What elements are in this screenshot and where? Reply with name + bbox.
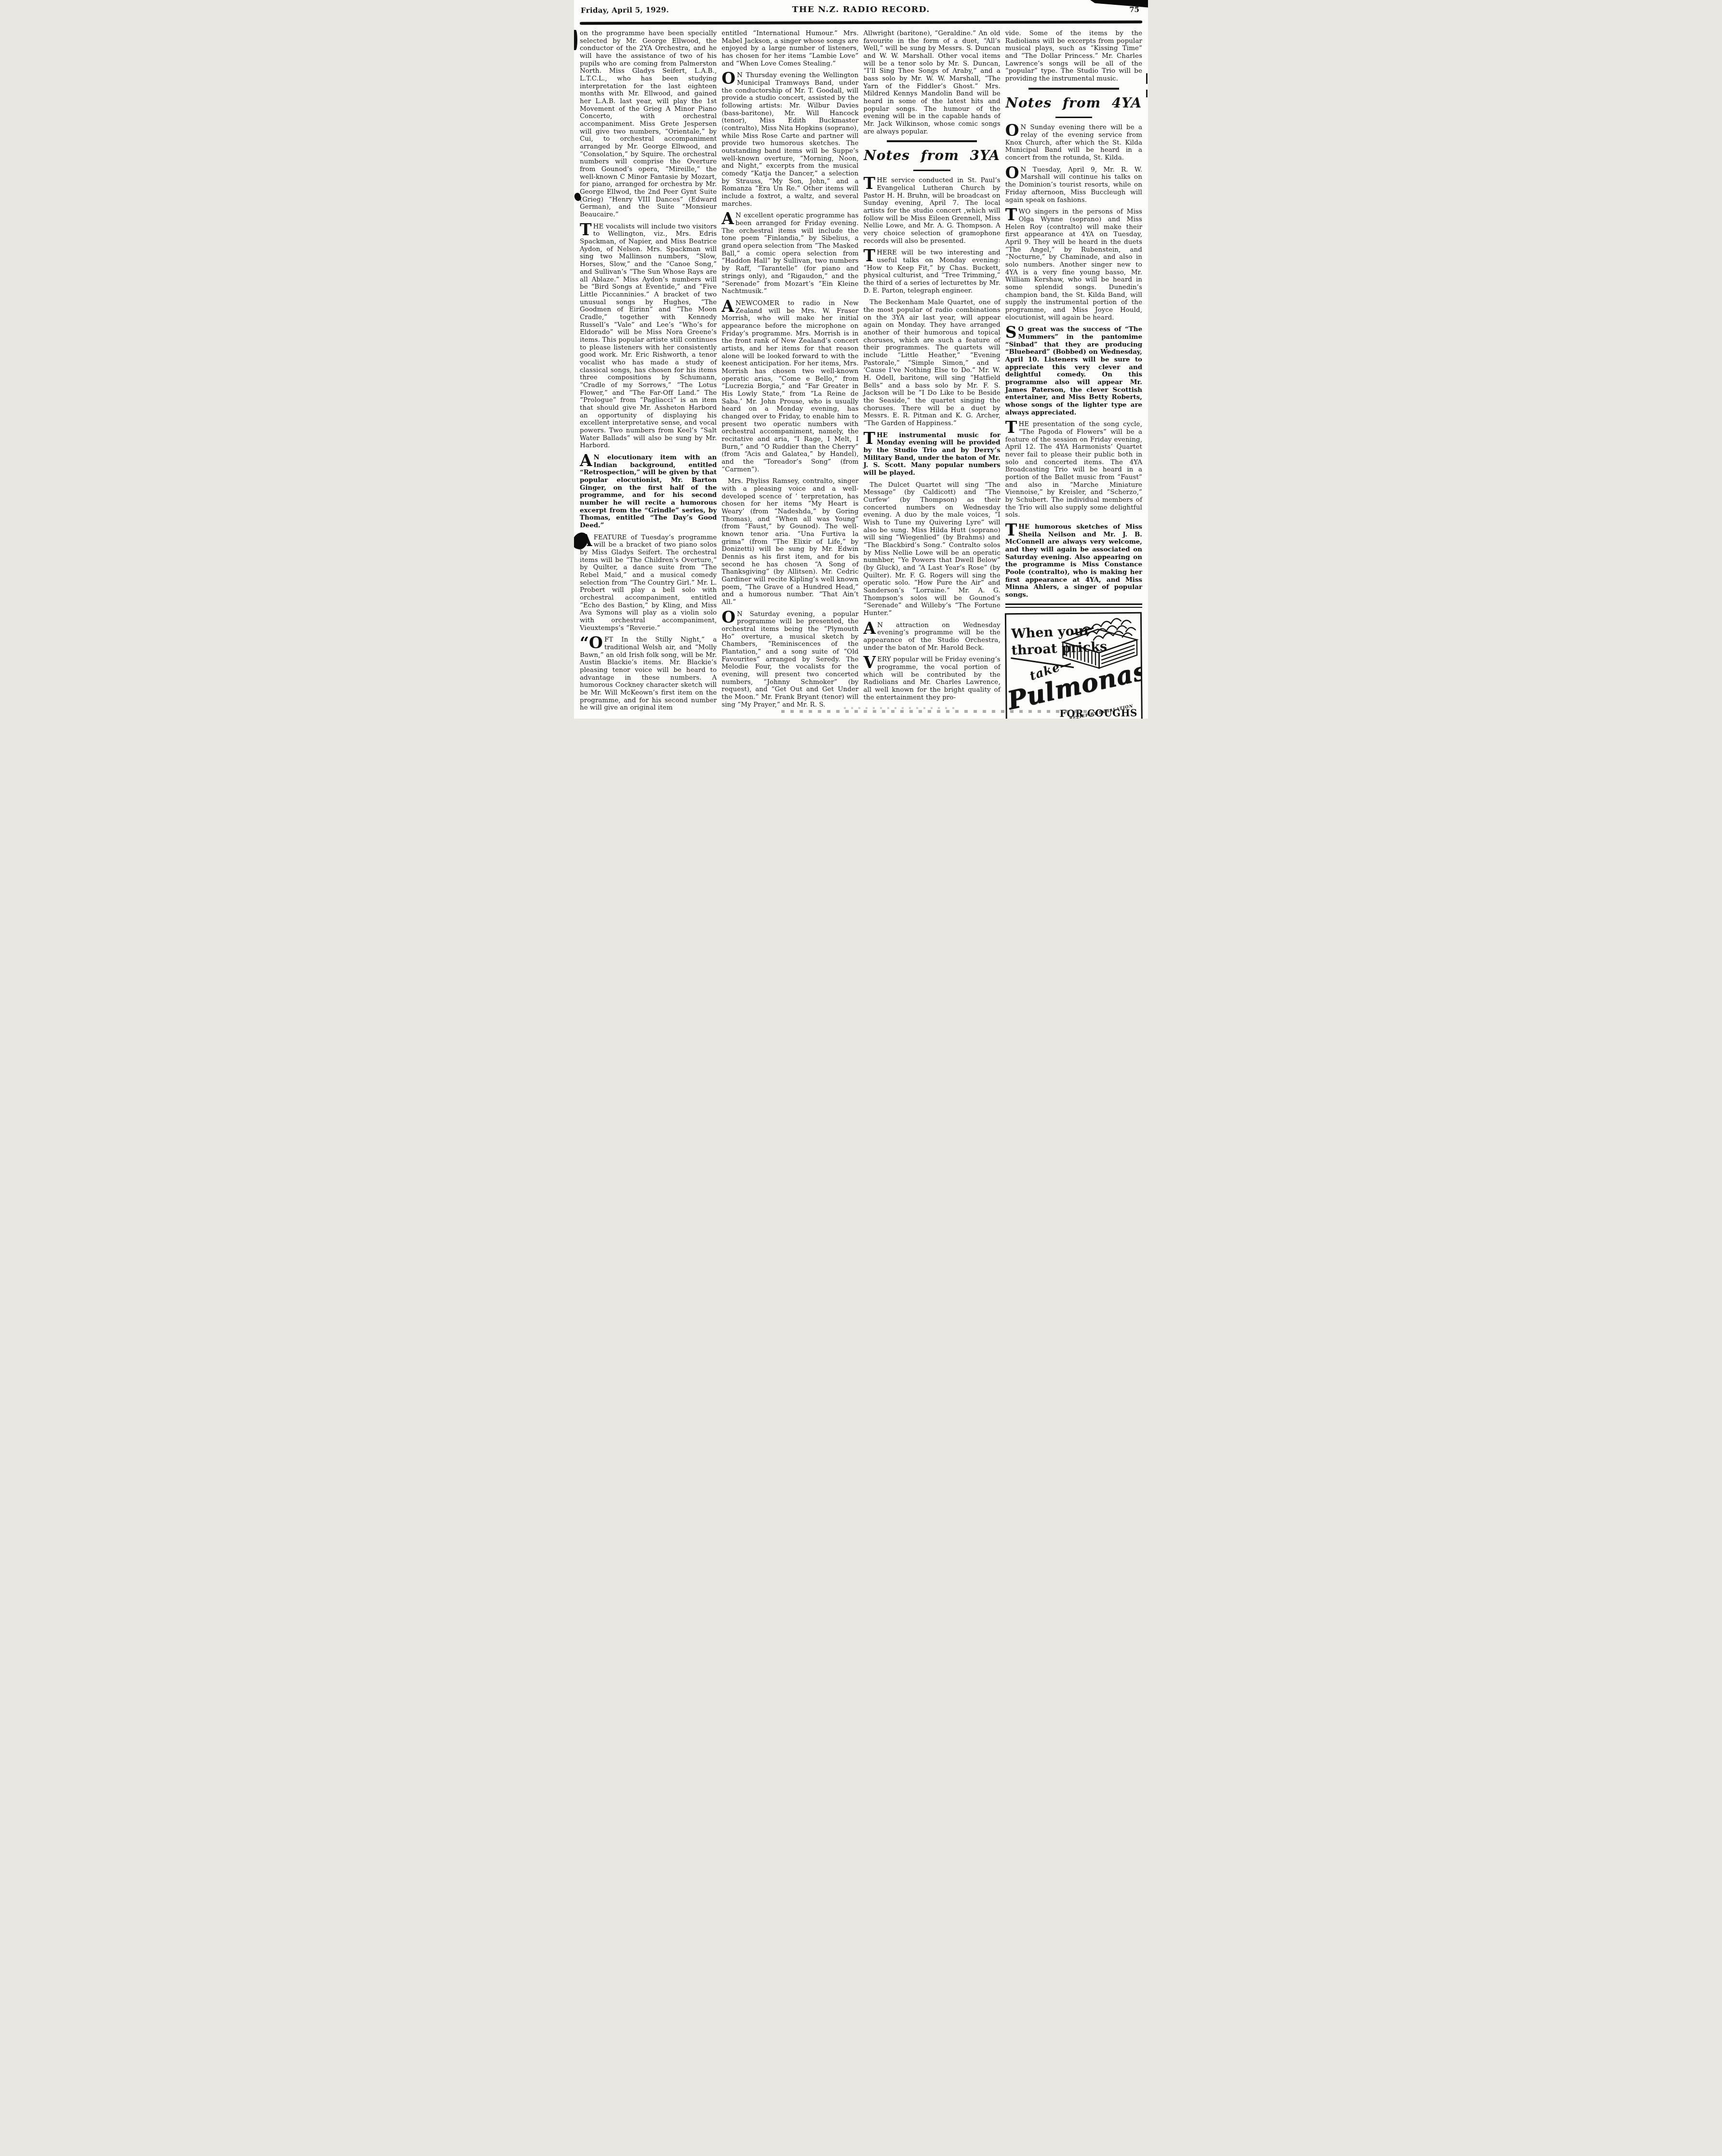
article-paragraph: THE vocalists will include two visitors … — [580, 223, 717, 450]
article-paragraph: TWO singers in the persons of Miss Olga … — [1005, 208, 1142, 321]
paragraph-text: N Thursday evening the Wellington Munici… — [721, 72, 858, 207]
heading-rule-top — [887, 140, 977, 142]
paragraph-text: N attraction on Wednesday evening’s prog… — [864, 622, 1001, 652]
section-heading-text: Notes from 4YA — [1005, 95, 1142, 111]
article-paragraph: VERY popular will be Friday evening’s pr… — [864, 656, 1001, 701]
heading-rule-top — [1028, 88, 1119, 90]
heading-rule-bottom — [1055, 117, 1093, 118]
column-1: on the programme have been specially sel… — [580, 30, 717, 716]
paragraph-text: HERE will be two interesting and useful … — [864, 249, 1001, 294]
drop-cap: A — [580, 454, 594, 467]
article-paragraph: Allwright (baritone), “Geraldine.” An ol… — [864, 30, 1001, 135]
article-paragraph: Mrs. Phyliss Ramsey, contralto, singer w… — [721, 478, 858, 606]
section-heading: Notes from 4YA — [1005, 88, 1142, 119]
article-paragraph: AN excellent operatic programme has been… — [721, 212, 858, 295]
paragraph-text: N Sunday evening there will be a relay o… — [1005, 124, 1142, 161]
article-paragraph: AN elocutionary item with an Indian back… — [580, 454, 717, 530]
article-paragraph: ON Thursday evening the Wellington Munic… — [721, 72, 858, 208]
paragraph-text: HE vocalists will include two visitors t… — [580, 223, 717, 449]
drop-cap: A — [580, 534, 594, 547]
paragraph-text: ERY popular will be Friday evening’s pro… — [864, 656, 1001, 701]
scan-tick-right-1 — [1146, 73, 1148, 84]
article-paragraph: THE instrumental music for Monday evenin… — [864, 432, 1001, 477]
article-paragraph: A FEATURE of Tuesday’s programme will be… — [580, 534, 717, 632]
section-heading: Notes from 3YA — [864, 140, 1001, 171]
paragraph-text: O great was the success of “The Mummers”… — [1005, 325, 1142, 416]
article-paragraph: ON Saturday evening, a popular programme… — [721, 611, 858, 709]
paragraph-text: NEWCOMER to radio in New Zealand will be… — [721, 300, 858, 473]
masthead-title: THE N.Z. RADIO RECORD. — [792, 5, 930, 14]
article-paragraph: SO great was the success of “The Mummers… — [1005, 326, 1142, 416]
drop-cap: A — [721, 212, 735, 225]
article-paragraph: entitled “International Humour.” Mrs. Ma… — [721, 30, 858, 67]
drop-cap: O — [1005, 124, 1021, 136]
drop-cap: T — [1005, 421, 1019, 433]
scan-mark-left-1 — [574, 30, 577, 50]
article-paragraph: A NEWCOMER to radio in New Zealand will … — [721, 300, 858, 473]
article-paragraph: “OFT In the Stilly Night,” a traditional… — [580, 636, 717, 712]
paragraph-text: HE instrumental music for Monday evening… — [864, 431, 1001, 477]
paragraph-text: N Saturday evening, a popular programme … — [721, 611, 858, 709]
drop-cap: S — [1005, 326, 1018, 338]
paragraph-text: FEATURE of Tuesday’s programme will be a… — [580, 534, 717, 632]
column-4: vide. Some of the items by the Radiolian… — [1005, 30, 1142, 719]
article-paragraph: AN attraction on Wednesday evening’s pro… — [864, 622, 1001, 652]
section-heading-text: Notes from 3YA — [864, 148, 1001, 164]
paragraph-text: N Tuesday, April 9, Mr. R. W. Marshall w… — [1005, 166, 1142, 204]
drop-cap: O — [721, 72, 737, 84]
article-paragraph: THERE will be two interesting and useful… — [864, 249, 1001, 295]
drop-cap: T — [864, 432, 877, 444]
drop-cap: O — [721, 611, 737, 623]
scan-tick-right-2 — [1146, 90, 1148, 97]
newspaper-page: Friday, April 5, 1929. THE N.Z. RADIO RE… — [574, 0, 1148, 719]
paragraph-text: HE presentation of the song cycle, “The … — [1005, 421, 1142, 519]
drop-cap: T — [864, 177, 877, 189]
drop-cap: V — [864, 656, 878, 669]
article-paragraph: vide. Some of the items by the Radiolian… — [1005, 30, 1142, 83]
drop-cap: T — [1005, 208, 1019, 221]
page-header: Friday, April 5, 1929. THE N.Z. RADIO RE… — [580, 5, 1142, 17]
paragraph-text: HE humorous sketches of Miss Sheila Neil… — [1005, 523, 1142, 599]
drop-cap: T — [1005, 523, 1019, 536]
paragraph-text: WO singers in the persons of Miss Olga W… — [1005, 208, 1142, 321]
drop-cap: T — [864, 249, 877, 262]
drop-cap: T — [580, 223, 593, 236]
scan-speckle-bottom-1 — [781, 710, 1090, 713]
scan-speckle-bottom-2 — [844, 707, 960, 709]
column-2: entitled “International Humour.” Mrs. Ma… — [721, 30, 858, 713]
drop-cap: A — [721, 300, 735, 312]
drop-cap: “O — [580, 636, 604, 649]
header-rule — [580, 20, 1142, 25]
paragraph-text: HE service conducted in St. Paul’s Evang… — [864, 177, 1001, 244]
article-paragraph: The Dulcet Quartet will sing “The Messag… — [864, 482, 1001, 617]
drop-cap: A — [864, 622, 878, 634]
drop-cap: O — [1005, 166, 1021, 179]
heading-rule-bottom — [913, 170, 950, 171]
article-columns: on the programme have been specially sel… — [580, 30, 1142, 719]
article-paragraph: ON Tuesday, April 9, Mr. R. W. Marshall … — [1005, 166, 1142, 204]
article-paragraph: The Beckenham Male Quartet, one of the m… — [864, 299, 1001, 427]
paragraph-text: N excellent operatic programme has been … — [721, 212, 858, 295]
article-paragraph: THE presentation of the song cycle, “The… — [1005, 421, 1142, 519]
article-paragraph: THE humorous sketches of Miss Sheila Nei… — [1005, 523, 1142, 599]
article-paragraph: on the programme have been specially sel… — [580, 30, 717, 219]
paragraph-text: N elocutionary item with an Indian backg… — [580, 454, 717, 529]
article-paragraph: ON Sunday evening there will be a relay … — [1005, 124, 1142, 161]
pulmonas-ad-box: When your throat pricks take— Pulmonas R… — [1005, 612, 1143, 719]
ad-top-rule — [1005, 603, 1142, 608]
issue-date: Friday, April 5, 1929. — [581, 5, 669, 14]
column-3: Allwright (baritone), “Geraldine.” An ol… — [864, 30, 1001, 706]
article-paragraph: THE service conducted in St. Paul’s Evan… — [864, 177, 1001, 245]
advertisement: When your throat pricks take— Pulmonas R… — [1005, 603, 1142, 719]
